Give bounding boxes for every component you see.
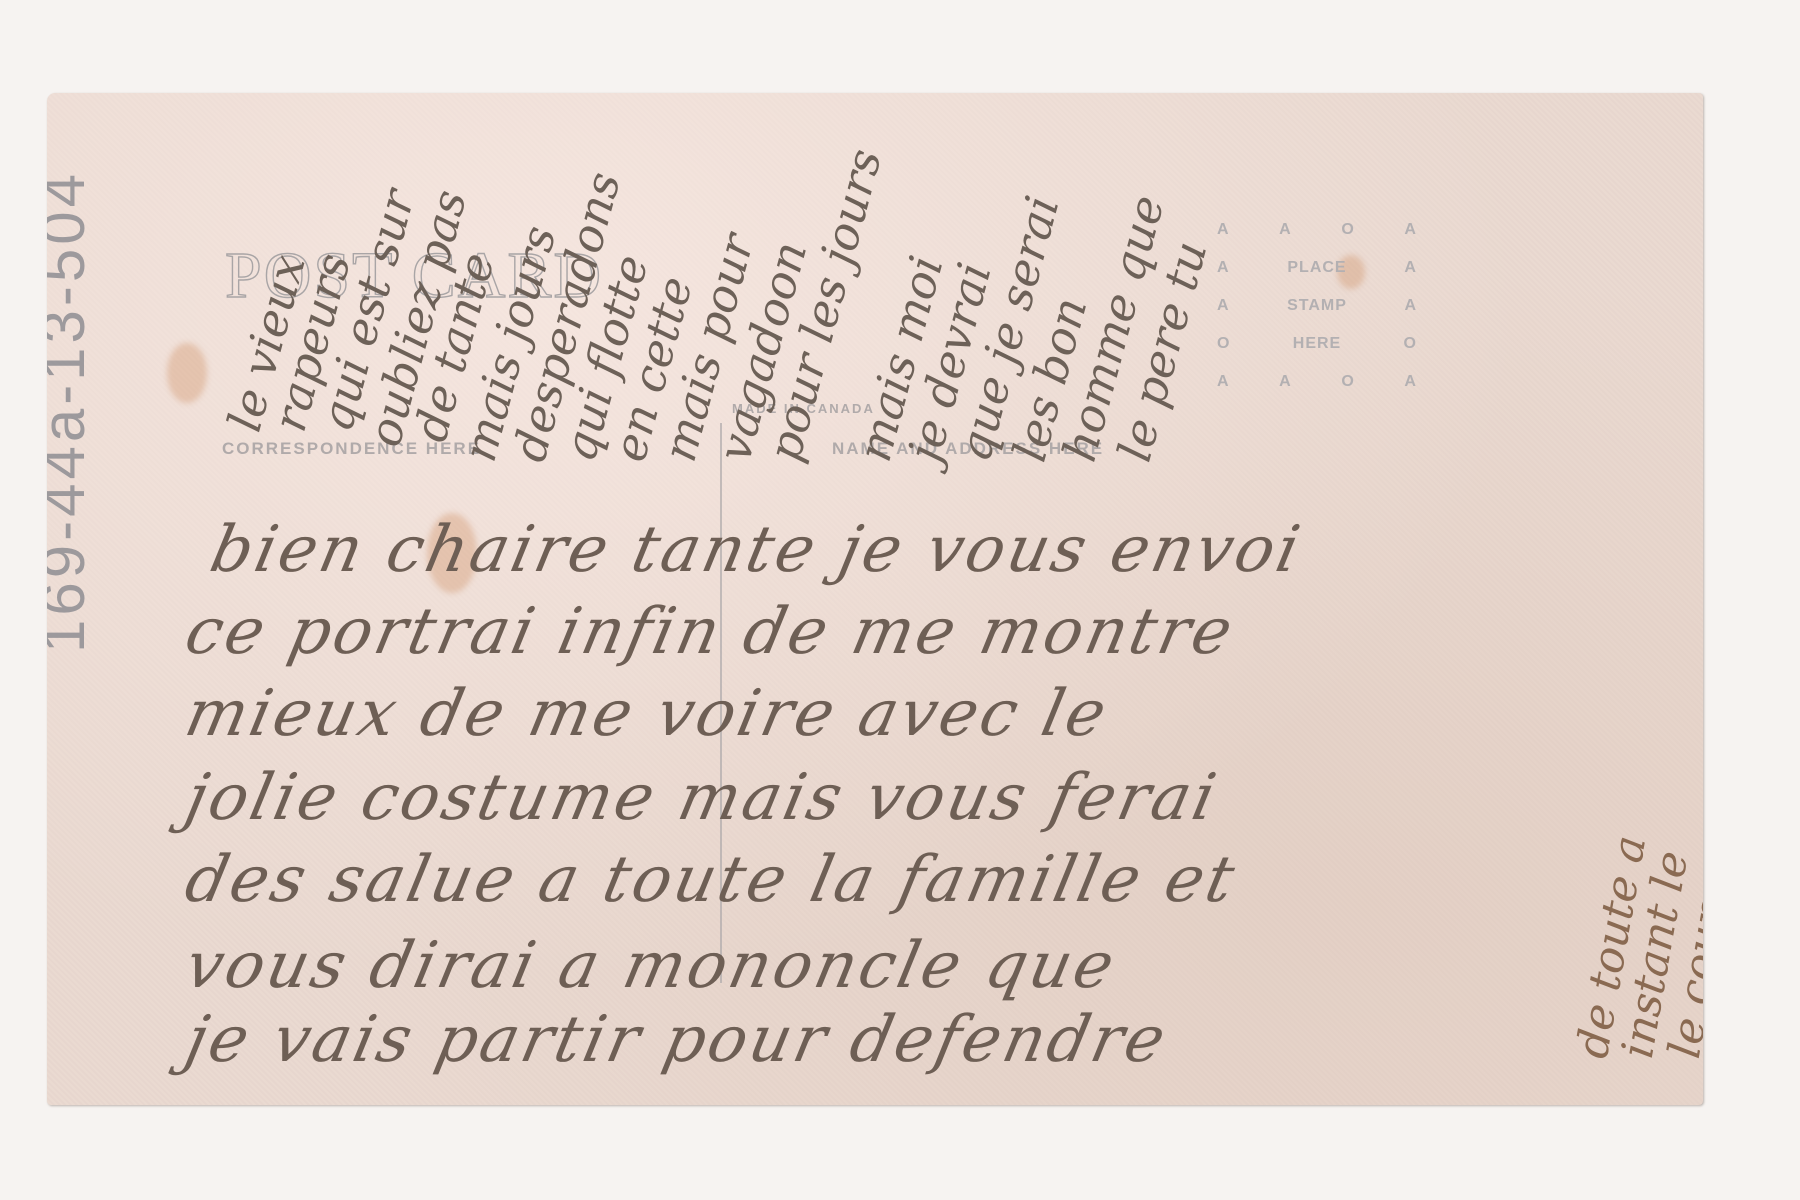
stamp-row: A A O A bbox=[1217, 211, 1417, 249]
stamp-ornament: A bbox=[1217, 373, 1230, 391]
stamp-ornament: A bbox=[1217, 297, 1230, 315]
stamp-ornament: A bbox=[1404, 373, 1417, 391]
stamp-ornament: A bbox=[1404, 221, 1417, 239]
handwritten-line: mieux de me voire avec le bbox=[179, 677, 1115, 751]
stamp-here-text: HERE bbox=[1293, 335, 1341, 353]
stamp-ornament: O bbox=[1341, 221, 1354, 239]
postcard: POST CARD MADE IN CANADA CORRESPONDENCE … bbox=[47, 93, 1703, 1105]
stamp-row: A PLACE A bbox=[1217, 249, 1417, 287]
handwritten-line: des salue a toute la famille et bbox=[179, 843, 1243, 917]
stamp-ornament: A bbox=[1404, 259, 1417, 277]
stamp-ornament: A bbox=[1279, 373, 1292, 391]
stamp-ornament: A bbox=[1279, 221, 1292, 239]
handwritten-line: vous dirai a mononcle que bbox=[179, 929, 1123, 1003]
stamp-ornament: O bbox=[1341, 373, 1354, 391]
stamp-ornament: A bbox=[1404, 297, 1417, 315]
stamp-row: A STAMP A bbox=[1217, 287, 1417, 325]
handwritten-line: je vais partir pour defendre bbox=[179, 1003, 1174, 1077]
stamp-ornament: O bbox=[1404, 335, 1417, 353]
stamp-box: A A O A A PLACE A A STAMP A O HERE O A A… bbox=[1217, 211, 1417, 411]
handwritten-line: bien chaire tante je vous envoi bbox=[204, 513, 1309, 587]
stamp-ornament: A bbox=[1217, 221, 1230, 239]
stamp-row: O HERE O bbox=[1217, 325, 1417, 363]
stamp-stamp-text: STAMP bbox=[1287, 297, 1347, 315]
stamp-ornament: O bbox=[1217, 335, 1230, 353]
pencil-inscription: 169-44a-13-504 bbox=[47, 170, 98, 653]
age-stain bbox=[167, 343, 207, 403]
stamp-row: A A O A bbox=[1217, 363, 1417, 401]
stamp-ornament: A bbox=[1217, 259, 1230, 277]
handwritten-line: ce portrai infin de me montre bbox=[179, 595, 1241, 669]
stamp-place-text: PLACE bbox=[1287, 259, 1346, 277]
handwritten-line: jolie costume mais vous ferai bbox=[179, 761, 1225, 835]
